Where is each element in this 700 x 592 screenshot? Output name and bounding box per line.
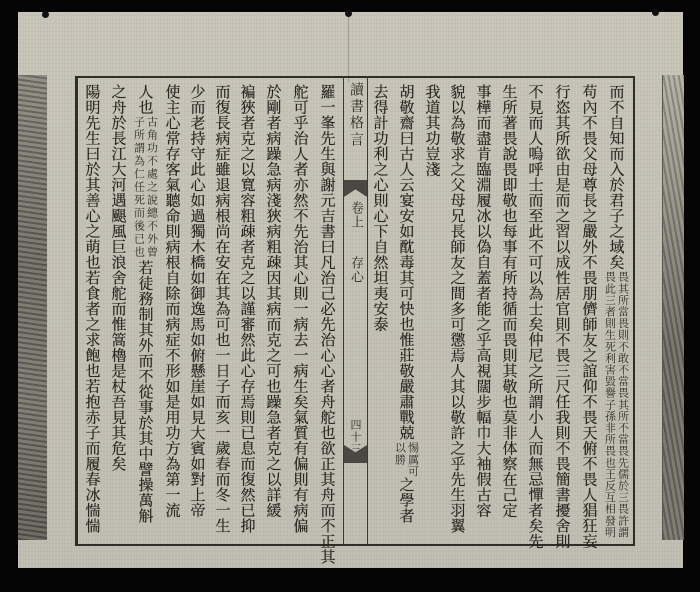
column-text: 去得計功利之心則心下自然坦夷安泰 — [373, 84, 388, 332]
binding-hole — [345, 10, 352, 17]
column-text: 使主心常存客氣聽命則病根自除而病症不形如是用功方為第一流 — [165, 84, 180, 518]
text-column: 不見而人嗚呼士而至此不可以為士矣仲尼之所謂小人而無忌憚者矣先 — [522, 84, 548, 549]
section-label: 存心 — [344, 256, 367, 284]
text-column: 事樺而盡肯臨淵履冰以偽自蓋者能之乎高視闊步幅巾大袖假古容 — [470, 84, 496, 518]
column-text-continued: 若徒務制其外而不從事於其中譬操萬斛 — [138, 260, 153, 524]
running-title: 讀書格言 — [344, 82, 367, 149]
text-column: 於剛者病躁急病淺狹病粗疎因其病而克之可也躁急者克之以詳緩 — [260, 84, 286, 518]
column-text: 生所著畏說畏即敬也每事有所持循而畏則其敬也莫非体察在己定 — [502, 84, 517, 518]
note-line-right: 古角功不處之說總不外曾 — [146, 116, 158, 259]
text-column: 褊狹者克之以寬容粗疎者克之以謹審然此心存焉則已息而復然已抑 — [234, 84, 260, 534]
text-column: 使主心常存客氣聽命則病根自除而病症不形如是用功方為第一流 — [159, 84, 185, 518]
text-column: 我道其功豈淺 — [419, 84, 445, 177]
column-text: 不見而人嗚呼士而至此不可以為士矣仲尼之所謂小人而無忌憚者矣先 — [528, 84, 543, 549]
text-column: 之舟於長江大河遇颶風巨浪舍舵而惟篙櫓是杖吾見其危矣 — [105, 84, 131, 472]
column-text: 而復長病症雖退病根尚在安在其為可也一日子而亥一歲春而冬一生 — [215, 84, 230, 534]
adjacent-leaf-edge-right — [662, 75, 684, 540]
fold-column: 讀書格言 卷上 存心 四十三 — [343, 76, 368, 544]
interlinear-note: 古角功不處之說總不外曾 子所謂為仁任死而後已也 — [133, 116, 158, 259]
note-line-right: 惕厲可 — [407, 442, 419, 477]
column-text: 我道其功豈淺 — [425, 84, 440, 177]
upper-fishtail-icon — [344, 180, 367, 197]
adjacent-leaf-edge-left — [18, 75, 47, 540]
text-column: 人也 古角功不處之說總不外曾 子所謂為仁任死而後已也 若徒務制其外而不從事於其中… — [132, 84, 158, 524]
column-text: 之舟於長江大河遇颶風巨浪舍舵而惟篙櫓是杖吾見其危矣 — [111, 84, 126, 472]
column-text: 少而老持守此心如過獨木橋如御逸馬如俯懸崖如見大賓如對上帝 — [190, 84, 205, 518]
text-column: 生所著畏說畏即敬也每事有所持循而畏則其敬也莫非体察在己定 — [496, 84, 522, 518]
column-text: 陽明先生曰於其善心之萌也若食者之求飽也若抱赤子而履春冰惴惴 — [85, 84, 100, 534]
text-column: 去得計功利之心則心下自然坦夷安泰 — [367, 84, 393, 332]
column-text-continued: 之學者 — [399, 477, 414, 524]
volume-label: 卷上 — [344, 201, 367, 229]
text-column: 而復長病症雖退病根尚在安在其為可也一日子而亥一歲春而冬一生 — [209, 84, 235, 534]
note-line-right: 畏其所當畏則不敢不當畏其所不當畏先儒於三畏許謂 — [617, 271, 629, 538]
text-column: 少而老持守此心如過獨木橋如御逸馬如俯懸崖如見大賓如對上帝 — [184, 84, 210, 518]
text-column: 舵可乎治人者亦然不先治其心則一病去一病生矣氣質有偏則有病偏 — [287, 84, 313, 534]
text-column: 行恣其所欲由是而之習以成性居官則不畏三尺任我則不畏簡書擾舍則 — [549, 84, 575, 549]
column-text: 褊狹者克之以寬容粗疎者克之以謹審然此心存焉則已息而復然已抑 — [240, 84, 255, 534]
interlinear-note: 畏其所當畏則不敢不當畏其所不當畏先儒於三畏許謂 畏此三者則生死利害毀譽子孫非所畏… — [604, 271, 629, 538]
note-line-left: 以勝 — [394, 442, 406, 477]
text-column: 羅一峯先生與謝元吉書曰凡治己必先治心心者舟舵也欲正其舟而不正其 — [314, 84, 340, 565]
text-column: 而不自知而入於君子之域矣 畏其所當畏則不敢不當畏其所不當畏先儒於三畏許謂 畏此三… — [603, 84, 629, 539]
column-text: 事樺而盡肯臨淵履冰以偽自蓋者能之乎高視闊步幅巾大袖假古容 — [476, 84, 491, 518]
column-text: 胡敬齋曰古人云宴安如酖毒其可快也惟莊敬嚴肅戰兢 — [399, 84, 414, 441]
text-column: 貌以為敬求之父母兄長師友之間多可懲焉人其以敬許之乎先生羽翼 — [444, 84, 470, 534]
column-text: 苟內不畏父母尊長之嚴外不畏朋儕師友之誼仰不畏天俯不畏人猖狂妄 — [582, 84, 597, 549]
column-text: 而不自知而入於君子之域矣 — [609, 84, 624, 270]
interlinear-note: 惕厲可 以勝 — [394, 442, 419, 477]
column-text: 人也 — [138, 84, 153, 115]
text-column: 胡敬齋曰古人云宴安如酖毒其可快也惟莊敬嚴肅戰兢 惕厲可 以勝 之學者 — [393, 84, 419, 524]
binding-hole — [652, 9, 659, 16]
column-text: 舵可乎治人者亦然不先治其心則一病去一病生矣氣質有偏則有病偏 — [293, 84, 308, 534]
column-text: 貌以為敬求之父母兄長師友之間多可懲焉人其以敬許之乎先生羽翼 — [450, 84, 465, 534]
note-line-left: 畏此三者則生死利害毀譽子孫非所畏也王反互相發明 — [604, 271, 616, 538]
column-text: 羅一峯先生與謝元吉書曰凡治己必先治心心者舟舵也欲正其舟而不正其 — [320, 84, 335, 565]
column-text: 行恣其所欲由是而之習以成性居官則不畏三尺任我則不畏簡書擾舍則 — [555, 84, 570, 549]
center-crease — [348, 12, 349, 82]
binding-hole — [42, 11, 49, 18]
note-line-left: 子所謂為仁任死而後已也 — [133, 116, 145, 259]
column-text: 於剛者病躁急病淺狹病粗疎因其病而克之可也躁急者克之以詳緩 — [266, 84, 281, 518]
text-column: 苟內不畏父母尊長之嚴外不畏朋儕師友之誼仰不畏天俯不畏人猖狂妄 — [576, 84, 602, 549]
text-column: 陽明先生曰於其善心之萌也若食者之求飽也若抱赤子而履春冰惴惴 — [79, 84, 105, 534]
